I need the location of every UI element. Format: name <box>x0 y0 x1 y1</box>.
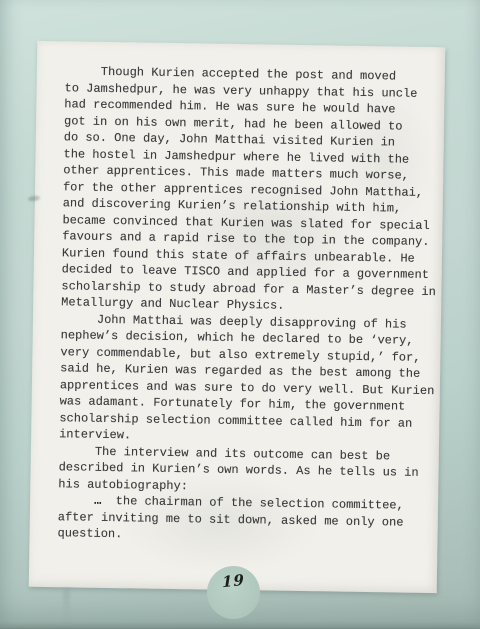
page-number-badge: 19 <box>207 566 260 619</box>
stain-streak <box>63 588 70 624</box>
photo-background: Though Kurien accepted the post and move… <box>0 0 480 629</box>
page-number: 19 <box>222 571 245 591</box>
quote-paragraph: … the chairman of the selection committe… <box>57 492 436 547</box>
quote-text: the chairman of the selection committee,… <box>57 494 403 541</box>
paragraph-1: Though Kurien accepted the post and move… <box>61 63 443 316</box>
body-text: Though Kurien accepted the post and move… <box>57 63 442 547</box>
paragraph-2: John Matthai was deeply disapproving of … <box>59 311 439 449</box>
quote-ellipsis: … <box>58 493 101 508</box>
paragraph-3: The interview and its outcome can best b… <box>58 443 437 498</box>
book-page: Though Kurien accepted the post and move… <box>29 41 446 593</box>
